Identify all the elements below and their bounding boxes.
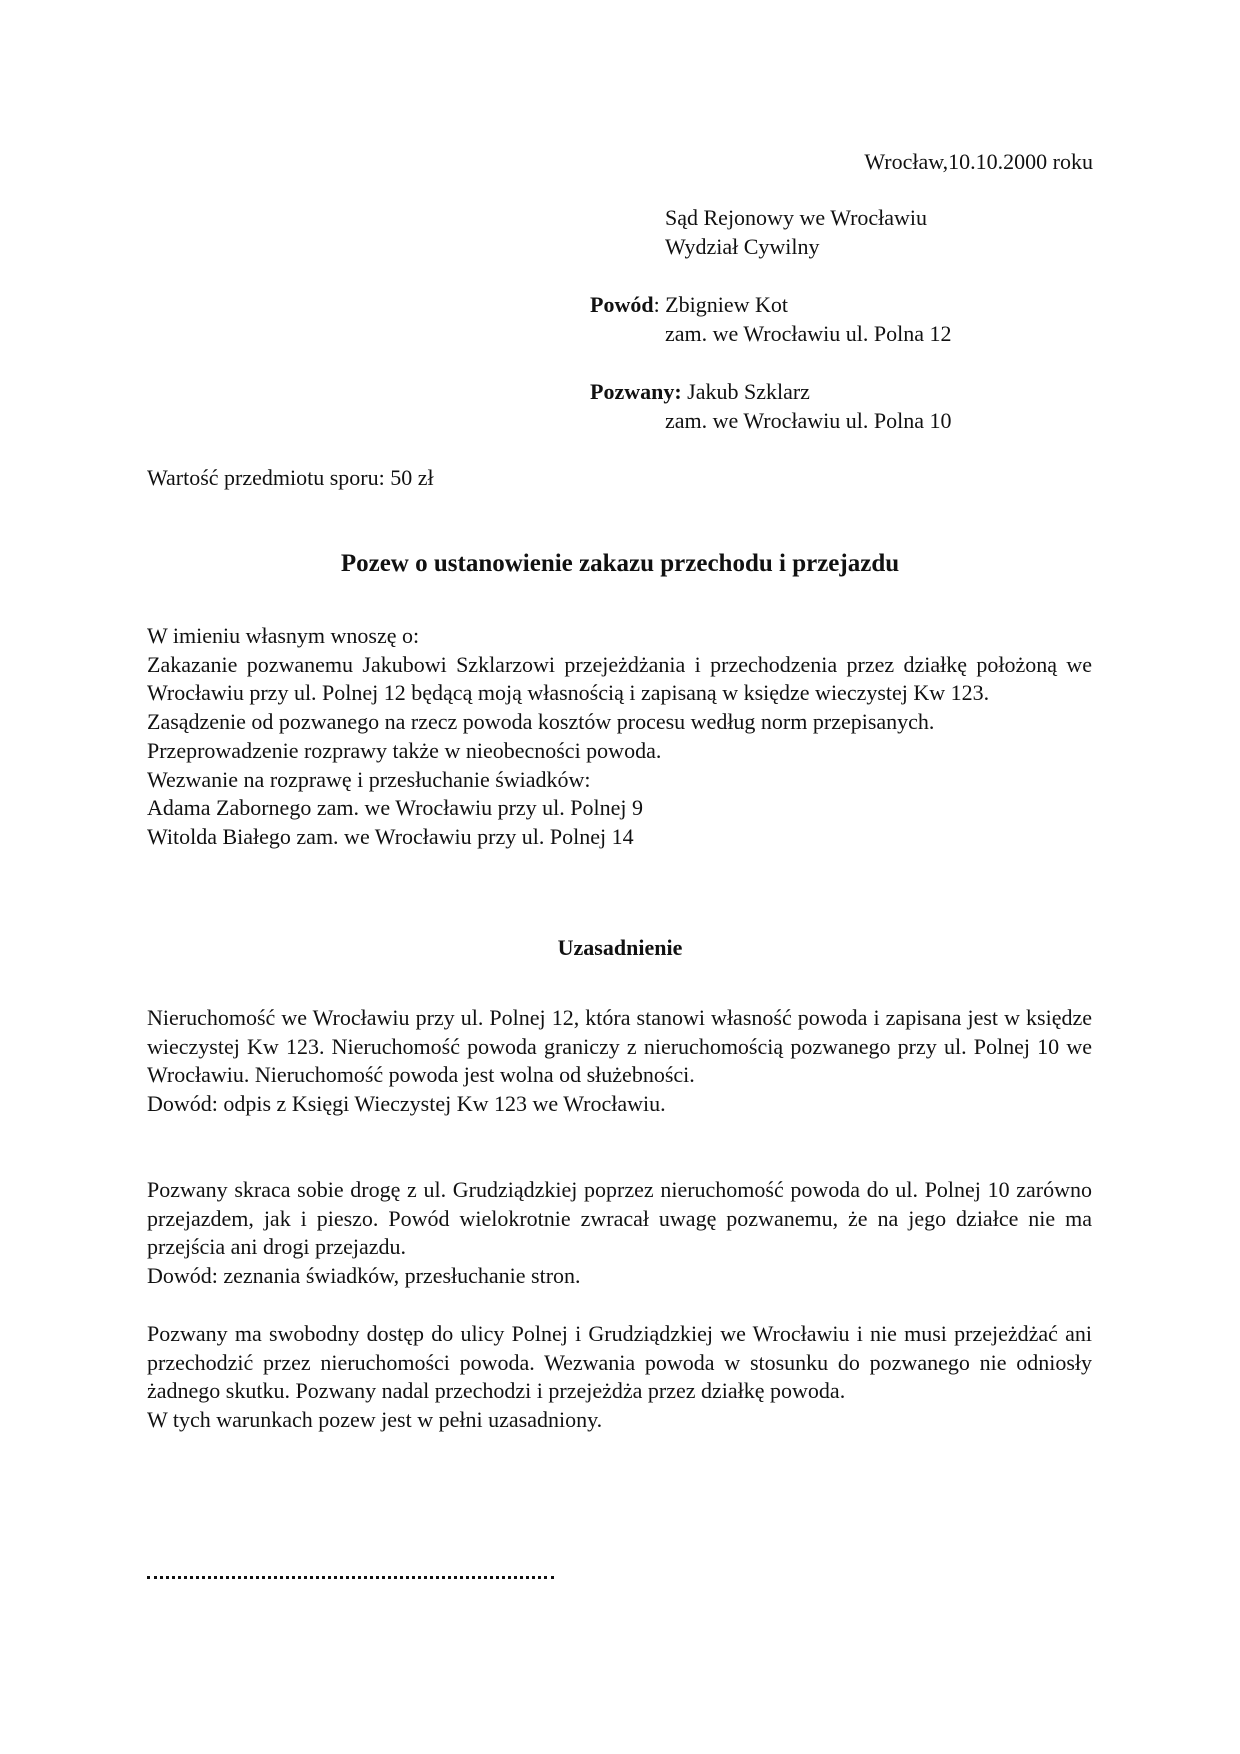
request-item: Przeprowadzenie rozprawy także w nieobec… (147, 737, 1092, 766)
court-division: Wydział Cywilny (665, 233, 927, 262)
signature-line (147, 1554, 554, 1579)
request-item: Zasądzenie od pozwanego na rzecz powoda … (147, 708, 1092, 737)
request-item: Wezwanie na rozprawę i przesłuchanie świ… (147, 766, 1092, 795)
document-page: Wrocław,10.10.2000 roku Sąd Rejonowy we … (0, 0, 1240, 1754)
request-item: Zakazanie pozwanemu Jakubowi Szklarzowi … (147, 651, 1092, 708)
requests-intro: W imieniu własnym wnoszę o: (147, 622, 1092, 651)
document-title: Pozew o ustanowienie zakazu przechodu i … (0, 550, 1240, 579)
defendant-label: Pozwany: (590, 379, 682, 404)
place-date: Wrocław,10.10.2000 roku (864, 148, 1093, 177)
evidence-line: Dowód: odpis z Księgi Wieczystej Kw 123 … (147, 1090, 1092, 1119)
conclusion-line: W tych warunkach pozew jest w pełni uzas… (147, 1406, 1092, 1435)
justification-paragraph: Pozwany ma swobodny dostęp do ulicy Poln… (147, 1320, 1092, 1435)
requests-section: W imieniu własnym wnoszę o: Zakazanie po… (147, 622, 1092, 852)
defendant-block: Pozwany: Jakub Szklarz zam. we Wrocławiu… (590, 378, 951, 435)
plaintiff-block: Powód: Zbigniew Kot zam. we Wrocławiu ul… (590, 291, 951, 348)
plaintiff-name: : Zbigniew Kot (654, 292, 788, 317)
court-name: Sąd Rejonowy we Wrocławiu (665, 204, 927, 233)
plaintiff-address: zam. we Wrocławiu ul. Polna 12 (590, 320, 951, 349)
defendant-address: zam. we Wrocławiu ul. Polna 10 (590, 407, 951, 436)
plaintiff-label: Powód (590, 292, 654, 317)
justification-paragraph: Pozwany skraca sobie drogę z ul. Grudzią… (147, 1176, 1092, 1291)
defendant-name: Jakub Szklarz (682, 379, 810, 404)
evidence-line: Dowód: zeznania świadków, przesłuchanie … (147, 1262, 1092, 1291)
justification-heading: Uzasadnienie (0, 934, 1240, 963)
justification-paragraph: Nieruchomość we Wrocławiu przy ul. Polne… (147, 1004, 1092, 1119)
witness-item: Witolda Białego zam. we Wrocławiu przy u… (147, 823, 1092, 852)
dispute-value: Wartość przedmiotu sporu: 50 zł (147, 464, 434, 493)
paragraph-text: Nieruchomość we Wrocławiu przy ul. Polne… (147, 1004, 1092, 1090)
witness-item: Adama Zabornego zam. we Wrocławiu przy u… (147, 794, 1092, 823)
court-address: Sąd Rejonowy we Wrocławiu Wydział Cywiln… (665, 204, 927, 261)
paragraph-text: Pozwany skraca sobie drogę z ul. Grudzią… (147, 1176, 1092, 1262)
paragraph-text: Pozwany ma swobodny dostęp do ulicy Poln… (147, 1320, 1092, 1406)
